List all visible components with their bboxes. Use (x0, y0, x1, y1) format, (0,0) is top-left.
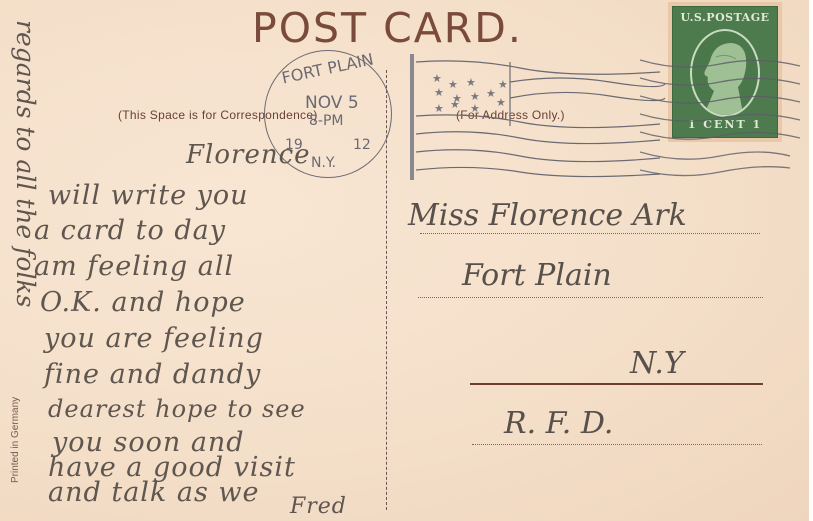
svg-text:★: ★ (434, 102, 444, 115)
address-city: Fort Plain (462, 258, 612, 293)
message-salutation: Florence (186, 140, 311, 170)
message-line: O.K. and hope (40, 287, 246, 318)
svg-text:★: ★ (486, 87, 496, 100)
message-line: you are feeling (44, 323, 264, 354)
postcard-back: POST CARD. (This Space is for Correspond… (0, 0, 813, 521)
svg-text:★: ★ (434, 86, 444, 99)
address-line-2 (418, 297, 763, 298)
wavy-cancel-lines-icon (640, 48, 813, 178)
message-signature: Fred (290, 494, 347, 519)
svg-text:★: ★ (498, 78, 508, 91)
message-line: am feeling all (34, 251, 234, 282)
stamp-top-text: U.S.POSTAGE (673, 11, 777, 24)
postmark-date: NOV 5 (305, 93, 359, 113)
postmark-state: N.Y. (311, 155, 336, 171)
postmark-town: FORT PLAIN (280, 50, 375, 88)
svg-text:★: ★ (450, 98, 460, 111)
address-line-3 (470, 383, 763, 385)
flag-cancel-icon: ★★★★ ★★★★ ★★★★ (410, 52, 670, 182)
message-line: dearest hope to see (48, 395, 306, 423)
message-line: a card to day (34, 215, 226, 246)
svg-text:★: ★ (496, 96, 506, 109)
printed-in-note: Printed in Germany (10, 397, 21, 483)
svg-text:★: ★ (466, 76, 476, 89)
postcard-title: POST CARD. (252, 4, 523, 52)
message-line: will write you (48, 180, 249, 211)
address-name: Miss Florence Ark (408, 198, 687, 233)
address-state: N.Y (630, 346, 684, 381)
svg-text:★: ★ (448, 78, 458, 91)
postmark-year-right: 12 (353, 137, 371, 153)
address-route: R. F. D. (504, 406, 613, 441)
postmark-time: 8-PM (309, 113, 343, 129)
address-line-1 (420, 233, 760, 234)
address-line-4 (472, 444, 762, 445)
message-line: fine and dandy (44, 359, 261, 390)
svg-text:★: ★ (432, 72, 442, 85)
svg-text:★: ★ (470, 102, 480, 115)
message-line: and talk as we (48, 477, 260, 508)
